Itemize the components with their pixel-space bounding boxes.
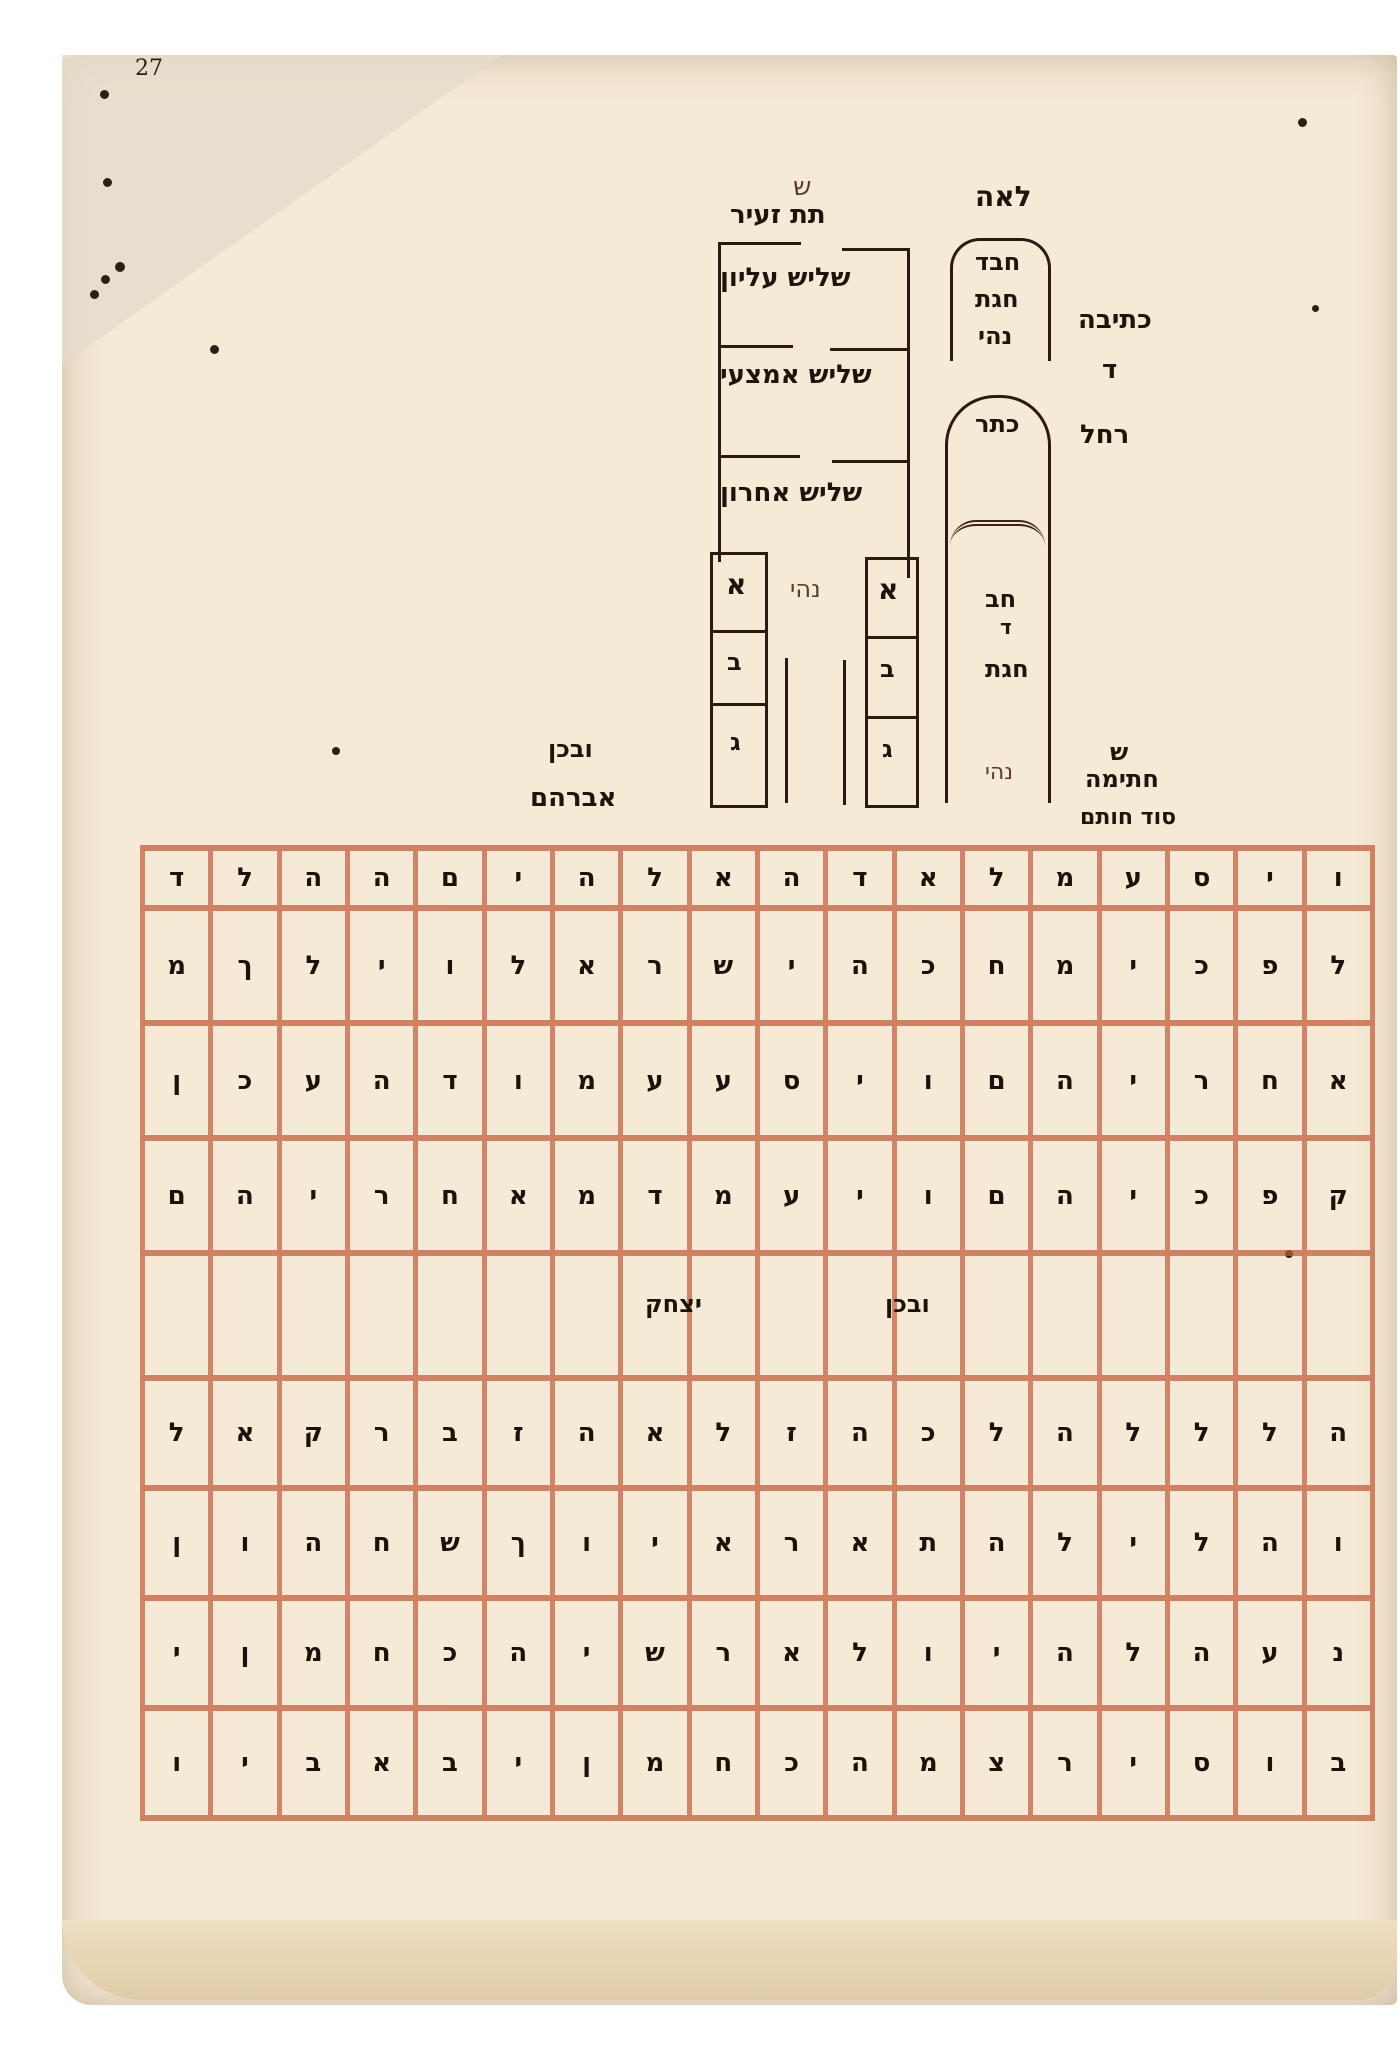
leah-sefira: נהי: [978, 322, 1012, 350]
wormhole: [103, 178, 112, 187]
grid-cell: [550, 1256, 618, 1375]
leah-label: לאה: [975, 180, 1032, 213]
grid-cell: ן: [140, 1491, 208, 1595]
wormhole: [90, 290, 99, 299]
grid-cell: [140, 1256, 208, 1375]
rachel-label: רחל: [1080, 420, 1129, 450]
grid-cell: [755, 1256, 823, 1375]
grid-cell: ח: [345, 1491, 413, 1595]
grid-cell: ו: [892, 1026, 960, 1135]
grid-cell: [482, 1256, 550, 1375]
grid-cell: ה: [823, 1381, 891, 1485]
grid-cell: ל: [960, 1381, 1028, 1485]
grid-cell: י: [1097, 1141, 1165, 1250]
grid-cell: י: [208, 1711, 276, 1815]
grid-cell: [413, 1256, 481, 1375]
grid-cell: [345, 1256, 413, 1375]
grid-cell: ו: [413, 911, 481, 1020]
grid-cell: ן: [550, 1711, 618, 1815]
right-leg-cell: א: [878, 573, 898, 606]
grid-cell: ד: [140, 851, 208, 905]
zeir-divider: [830, 348, 910, 351]
grid-cell: י: [1097, 1491, 1165, 1595]
grid-cell: ק: [1302, 1141, 1375, 1250]
grid-cell: ר: [755, 1491, 823, 1595]
grid-cell: ב: [413, 1711, 481, 1815]
grid-cell: ה: [823, 911, 891, 1020]
grid-cell: [1302, 1256, 1375, 1375]
grid-cell: ד: [413, 1026, 481, 1135]
grid-cell: ת: [892, 1491, 960, 1595]
grid-row: ןכעהדומעעסיוםהירחא: [140, 1020, 1375, 1135]
zeir-divider: [718, 345, 793, 348]
grid-cell: י: [277, 1141, 345, 1250]
grid-cell: ה: [550, 851, 618, 905]
right-leg-cell: ג: [882, 735, 893, 763]
grid-cell: ס: [1165, 1711, 1233, 1815]
grid-row: ויבאביןמחכהמצריסוב: [140, 1705, 1375, 1815]
grid-cell: ל: [823, 1601, 891, 1705]
grid-cell: ל: [1165, 1491, 1233, 1595]
grid-cell: י: [550, 1601, 618, 1705]
grid-cell: [277, 1256, 345, 1375]
grid-cell: ה: [482, 1601, 550, 1705]
grid-cell: ר: [687, 1601, 755, 1705]
grid-cell: צ: [960, 1711, 1028, 1815]
grid-cell: ח: [1233, 1026, 1301, 1135]
wormhole: [1312, 305, 1319, 312]
grid-cell: מ: [892, 1711, 960, 1815]
grid-row: יןמחכהישראלויהלהענ: [140, 1595, 1375, 1705]
grid-cell: ך: [482, 1491, 550, 1595]
grid-cell: ר: [618, 911, 686, 1020]
grid-cell: מ: [618, 1711, 686, 1815]
grid-cell: ע: [618, 1026, 686, 1135]
right-leg-divider: [865, 636, 917, 639]
zeir-nhy-label: נהי: [790, 575, 821, 603]
grid-row: דלההםיהלאהדאלמעסיו: [140, 845, 1375, 905]
grid-cell: א: [823, 1491, 891, 1595]
grid-cell: ן: [208, 1601, 276, 1705]
grid-cell: י: [482, 1711, 550, 1815]
grid-cell: ש: [413, 1491, 481, 1595]
grid-cell: מ: [550, 1026, 618, 1135]
grid-cell: י: [618, 1491, 686, 1595]
gap-word-yitzhak: יצחק: [645, 1290, 702, 1318]
rachel-nhy: נהי: [985, 760, 1013, 785]
grid-cell: כ: [1165, 911, 1233, 1020]
vekhen-label: ובכן: [548, 735, 593, 763]
zeir-top-line: [718, 242, 801, 245]
grid-cell: ז: [482, 1381, 550, 1485]
rachel-keter: כתר: [975, 410, 1019, 438]
grid-cell: ה: [823, 1711, 891, 1815]
grid-cell: ב: [277, 1711, 345, 1815]
wormhole: [101, 275, 110, 284]
ketiva-label: כתיבה: [1078, 305, 1152, 335]
grid-cell: ה: [1028, 1026, 1096, 1135]
grid-cell: י: [345, 911, 413, 1020]
zeir-divider: [718, 455, 800, 458]
grid-row: לאקרבזהאלזהכלהלללה: [140, 1375, 1375, 1485]
grid-cell: [1165, 1256, 1233, 1375]
grid-cell: ל: [618, 851, 686, 905]
grid-cell: כ: [1165, 1141, 1233, 1250]
grid-cell: ח: [413, 1141, 481, 1250]
rachel-sefira: חב: [985, 585, 1016, 613]
grid-cell: ע: [277, 1026, 345, 1135]
zeir-mark: ש: [793, 172, 811, 202]
grid-cell: ל: [1097, 1601, 1165, 1705]
left-leg-divider: [710, 630, 766, 633]
grid-cell: א: [687, 1491, 755, 1595]
grid-cell: ו: [1302, 1491, 1375, 1595]
leah-sefira: חגת: [975, 285, 1019, 313]
grid-cell: ד: [823, 851, 891, 905]
grid-cell: כ: [413, 1601, 481, 1705]
grid-cell: ה: [1233, 1491, 1301, 1595]
grid-cell: ד: [618, 1141, 686, 1250]
right-leg-divider: [865, 716, 917, 719]
zeir-section-middle: שליש אמצעי: [720, 360, 872, 390]
grid-cell: ן: [140, 1026, 208, 1135]
grid-cell: א: [345, 1711, 413, 1815]
grid-cell: מ: [550, 1141, 618, 1250]
grid-cell: מ: [687, 1141, 755, 1250]
grid-cell: ק: [277, 1381, 345, 1485]
hatima-mark: ש: [1110, 738, 1128, 766]
zeir-divider: [832, 460, 910, 463]
grid-cell: י: [823, 1026, 891, 1135]
rachel-sefira: ד: [1000, 615, 1012, 639]
left-leg-divider: [710, 703, 766, 706]
grid-cell: ל: [482, 911, 550, 1020]
grid-cell: ס: [1165, 851, 1233, 905]
grid-row: מךליולארשיהכחמיכפל: [140, 905, 1375, 1020]
grid-cell: ס: [755, 1026, 823, 1135]
grid-cell: ו: [208, 1491, 276, 1595]
grid-cell: ה: [1028, 1601, 1096, 1705]
grid-cell: ע: [1233, 1601, 1301, 1705]
grid-cell: ם: [140, 1141, 208, 1250]
left-leg-cell: א: [726, 568, 746, 601]
grid-row: ןוהחשךויאראתהלילהו: [140, 1485, 1375, 1595]
grid-cell: א: [482, 1141, 550, 1250]
grid-cell: ו: [550, 1491, 618, 1595]
grid-cell: ל: [1097, 1381, 1165, 1485]
grid-cell: ל: [140, 1381, 208, 1485]
grid-cell: [823, 1256, 891, 1375]
grid-cell: א: [687, 851, 755, 905]
grid-cell: [1233, 1256, 1301, 1375]
zeir-title: תת זעיר: [730, 200, 826, 230]
grid-cell: ה: [1165, 1601, 1233, 1705]
grid-cell: ש: [687, 911, 755, 1020]
grid-cell: ל: [277, 911, 345, 1020]
grid-cell: ז: [755, 1381, 823, 1485]
wormhole: [1298, 118, 1307, 127]
grid-gap-row: [140, 1250, 1375, 1375]
leah-sefira: חבד: [975, 248, 1020, 276]
grid-cell: ל: [1302, 911, 1375, 1020]
left-leg-cell: ב: [727, 648, 742, 676]
grid-cell: ח: [345, 1601, 413, 1705]
grid-cell: ל: [1165, 1381, 1233, 1485]
grid-cell: א: [755, 1601, 823, 1705]
grid-cell: י: [1097, 1711, 1165, 1815]
grid-cell: ה: [277, 1491, 345, 1595]
grid-cell: י: [1233, 851, 1301, 905]
grid-cell: ע: [755, 1141, 823, 1250]
grid-cell: פ: [1233, 1141, 1301, 1250]
grid-cell: ל: [208, 851, 276, 905]
grid-cell: מ: [140, 911, 208, 1020]
grid-cell: ה: [1028, 1381, 1096, 1485]
grid-cell: כ: [892, 911, 960, 1020]
grid-cell: א: [618, 1381, 686, 1485]
grid-cell: י: [1097, 911, 1165, 1020]
grid-cell: א: [208, 1381, 276, 1485]
grid-cell: ל: [1233, 1381, 1301, 1485]
grid-cell: ר: [345, 1381, 413, 1485]
avraham-label: אברהם: [530, 783, 616, 813]
grid-cell: [960, 1256, 1028, 1375]
rachel-sefira: חגת: [985, 655, 1029, 683]
grid-cell: י: [755, 911, 823, 1020]
grid-cell: ו: [140, 1711, 208, 1815]
grid-cell: י: [482, 851, 550, 905]
grid-cell: ב: [413, 1381, 481, 1485]
grid-cell: ו: [1233, 1711, 1301, 1815]
grid-cell: ו: [892, 1141, 960, 1250]
grid-bottom-line: [140, 1815, 1375, 1821]
grid-cell: ה: [208, 1141, 276, 1250]
grid-cell: ש: [618, 1601, 686, 1705]
grid-cell: פ: [1233, 911, 1301, 1020]
grid-cell: ם: [960, 1026, 1028, 1135]
grid-cell: ה: [755, 851, 823, 905]
grid-cell: י: [1097, 1026, 1165, 1135]
grid-cell: [1028, 1256, 1096, 1375]
grid-cell: ר: [1165, 1026, 1233, 1135]
grid-cell: א: [1302, 1026, 1375, 1135]
grid-cell: כ: [755, 1711, 823, 1815]
grid-cell: ם: [413, 851, 481, 905]
wormhole: [210, 345, 219, 354]
grid-cell: כ: [208, 1026, 276, 1135]
rachel-arch: [950, 520, 1045, 546]
grid-cell: ע: [1097, 851, 1165, 905]
grid-row: םהירחאמדמעיוםהיכפק: [140, 1135, 1375, 1250]
grid-cell: ר: [1028, 1711, 1096, 1815]
grid-cell: ע: [687, 1026, 755, 1135]
grid-cell: ה: [345, 851, 413, 905]
left-leg-cell: ג: [730, 728, 741, 756]
zeir-section-lower: שליש אחרון: [720, 478, 862, 508]
grid-cell: כ: [892, 1381, 960, 1485]
gap-word-vekhen: ובכן: [885, 1290, 930, 1318]
grid-cell: ל: [960, 851, 1028, 905]
grid-cell: ה: [345, 1026, 413, 1135]
separator-line: [843, 660, 846, 805]
grid-cell: מ: [1028, 911, 1096, 1020]
grid-cell: מ: [1028, 851, 1096, 905]
wormhole: [100, 90, 109, 99]
zeir-section-upper: שליש עליון: [720, 263, 850, 293]
grid-cell: ך: [208, 911, 276, 1020]
grid-cell: ר: [345, 1141, 413, 1250]
grid-cell: י: [960, 1601, 1028, 1705]
grid-cell: י: [823, 1141, 891, 1250]
grid-cell: ח: [687, 1711, 755, 1815]
grid-cell: ח: [960, 911, 1028, 1020]
sod-hotam-label: סוד חותם: [1080, 805, 1176, 830]
grid-cell: ב: [1302, 1711, 1375, 1815]
zeir-top-line: [842, 248, 910, 251]
grid-cell: נ: [1302, 1601, 1375, 1705]
grid-cell: א: [892, 851, 960, 905]
grid-cell: א: [550, 911, 618, 1020]
grid-cell: ה: [960, 1491, 1028, 1595]
folded-corner: [62, 55, 502, 365]
grid-cell: י: [140, 1601, 208, 1705]
grid-cell: [1097, 1256, 1165, 1375]
grid-cell: [208, 1256, 276, 1375]
grid-cell: ה: [277, 851, 345, 905]
grid-cell: ו: [482, 1026, 550, 1135]
grid-cell: מ: [277, 1601, 345, 1705]
grid-cell: ה: [1028, 1141, 1096, 1250]
hatima-label: חתימה: [1085, 765, 1159, 793]
wormhole: [332, 747, 340, 755]
grid-cell: ה: [550, 1381, 618, 1485]
separator-line: [785, 658, 788, 803]
letter-grid: דלההםיהלאהדאלמעסיומךליולארשיהכחמיכפלןכעה…: [140, 845, 1375, 1895]
right-leg-cell: ב: [880, 655, 895, 683]
grid-cell: ל: [687, 1381, 755, 1485]
grid-cell: ם: [960, 1141, 1028, 1250]
grid-cell: ה: [1302, 1381, 1375, 1485]
ketiva-mark: ד: [1102, 355, 1117, 385]
folio-number: 27: [135, 56, 163, 81]
zeir-right-edge: [907, 248, 910, 578]
wormhole: [115, 262, 125, 272]
grid-cell: ו: [1302, 851, 1375, 905]
grid-cell: ל: [1028, 1491, 1096, 1595]
grid-cell: ו: [892, 1601, 960, 1705]
damaged-bottom-edge: [62, 1920, 1397, 2000]
